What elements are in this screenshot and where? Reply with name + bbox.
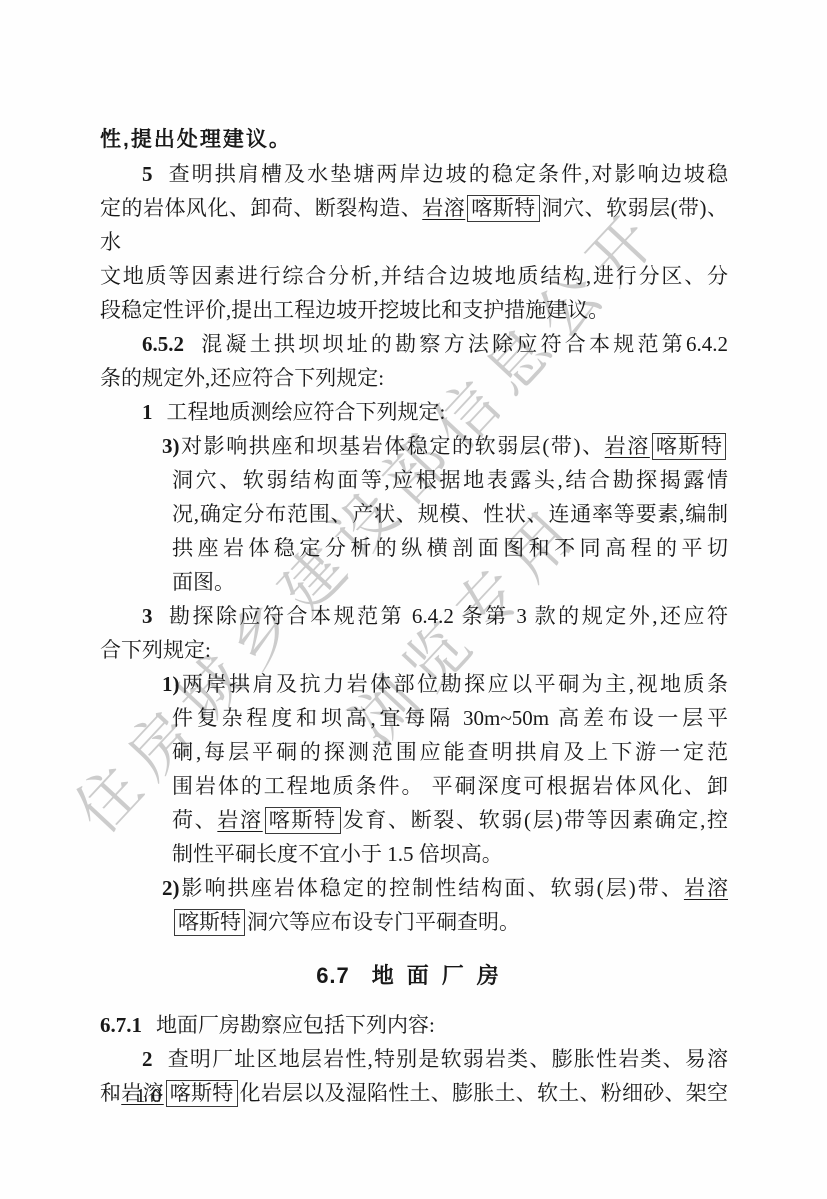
text-line: 条的规定外,还应符合下列规定: [100,361,728,395]
text-line: 面图。 [100,565,728,599]
text-line: 6.5.2混凝土拱坝坝址的勘察方法除应符合本规范第6.4.2 [100,327,728,361]
text-segment: 查明厂址区地层岩性,特别是软弱岩类、膨胀性岩类、易溶 [167,1047,729,1071]
text-line: 5查明拱肩槽及水垫塘两岸边坡的稳定条件,对影响边坡稳 [100,157,728,191]
text-segment: 对影响拱座和坝基岩体稳定的软弱层(带)、 [180,434,605,458]
text-segment: 荷、 [172,808,217,832]
text-segment: 段稳定性评价,提出工程边坡开挖坡比和支护措施建议。 [100,298,609,322]
item-number: 2 [142,1047,153,1071]
text-line: 段稳定性评价,提出工程边坡开挖坡比和支护措施建议。 [100,293,728,327]
text-segment: 工程地质测绘应符合下列规定: [167,400,446,424]
item-number: 6.7 [316,963,350,988]
text-segment: 2) [162,876,180,900]
text-segment: 洞穴等应布设专门平硐查明。 [247,910,520,934]
text-line: 1工程地质测绘应符合下列规定: [100,395,728,429]
text-segment: 况,确定分布范围、产状、规模、性状、连通率等要素,编制 [172,502,728,526]
text-segment: 化岩层以及湿陷性土、膨胀土、软土、粉细砂、架空 [240,1081,729,1105]
boxed-term: 喀斯特 [652,433,726,460]
text-segment: 勘探除应符合本规范第 6.4.2 条第 3 款的规定外,还应符 [167,604,729,628]
page-number: · 10 · [112,1082,191,1110]
item-number: 6.5.2 [142,332,184,356]
underlined-term: 岩溶 [605,434,650,458]
text-segment: 查明拱肩槽及水垫塘两岸边坡的稳定条件,对影响边坡稳 [167,162,729,186]
text-segment: 3) [162,434,180,458]
text-line: 洞穴、软弱结构面等,应根据地表露头,结合勘探揭露情 [100,463,728,497]
text-line: 2)影响拱座岩体稳定的控制性结构面、软弱(层)带、岩溶 [100,871,728,905]
text-segment: 两岸拱肩及抗力岩体部位勘探应以平硐为主,视地质条 [180,672,729,696]
text-line: 况,确定分布范围、产状、规模、性状、连通率等要素,编制 [100,497,728,531]
document-content: 性,提出处理建议。5查明拱肩槽及水垫塘两岸边坡的稳定条件,对影响边坡稳定的岩体风… [100,122,728,1110]
text-segment: 件复杂程度和坝高,宜每隔 30m~50m 高差布设一层平 [172,706,728,730]
text-segment: 混凝土拱坝坝址的勘察方法除应符合本规范第6.4.2 [198,332,728,356]
text-segment: 硐,每层平硐的探测范围应能查明拱肩及上下游一定范 [172,740,728,764]
text-line: 合下列规定: [100,633,728,667]
text-line: 文地质等因素进行综合分析,并结合边坡地质结构,进行分区、分 [100,259,728,293]
text-line: 和岩溶喀斯特化岩层以及湿陷性土、膨胀土、软土、粉细砂、架空 [100,1076,728,1110]
underlined-term: 岩溶 [422,196,465,220]
text-segment: 面图。 [172,570,235,594]
text-line: 定的岩体风化、卸荷、断裂构造、岩溶喀斯特洞穴、软弱层(带)、水 [100,191,728,259]
text-line: 制性平硐长度不宜小于 1.5 倍坝高。 [100,837,728,871]
text-segment: 合下列规定: [100,638,211,662]
item-number: 3 [142,604,153,628]
item-number: 5 [142,162,153,186]
text-line: 硐,每层平硐的探测范围应能查明拱肩及上下游一定范 [100,735,728,769]
text-segment: 1) [162,672,180,696]
text-segment: 性,提出处理建议。 [100,128,292,151]
text-line: 3勘探除应符合本规范第 6.4.2 条第 3 款的规定外,还应符 [100,599,728,633]
item-number: 1 [142,400,153,424]
text-segment: 影响拱座岩体稳定的控制性结构面、软弱(层)带、 [180,876,684,900]
underlined-term: 岩溶 [217,808,262,832]
text-segment: 文地质等因素进行综合分析,并结合边坡地质结构,进行分区、分 [100,264,728,288]
section-heading: 6.7地面厂房 [100,959,728,993]
text-segment: 地面厂房 [372,963,512,988]
text-line: 件复杂程度和坝高,宜每隔 30m~50m 高差布设一层平 [100,701,728,735]
text-line: 6.7.1地面厂房勘察应包括下列内容: [100,1008,728,1042]
underlined-term: 岩溶 [684,876,728,900]
text-segment: 洞穴、软弱结构面等,应根据地表露头,结合勘探揭露情 [172,468,728,492]
text-segment: 制性平硐长度不宜小于 1.5 倍坝高。 [172,842,503,866]
text-line: 性,提出处理建议。 [100,122,728,157]
boxed-term: 喀斯特 [265,807,341,834]
text-line: 3)对影响拱座和坝基岩体稳定的软弱层(带)、岩溶喀斯特 [100,429,728,463]
item-number: 6.7.1 [100,1013,142,1037]
text-line: 荷、岩溶喀斯特发育、断裂、软弱(层)带等因素确定,控 [100,803,728,837]
text-line: 拱座岩体稳定分析的纵横剖面图和不同高程的平切 [100,531,728,565]
text-line: 1)两岸拱肩及抗力岩体部位勘探应以平硐为主,视地质条 [100,667,728,701]
text-segment: 条的规定外,还应符合下列规定: [100,366,384,390]
text-segment: 定的岩体风化、卸荷、断裂构造、 [100,196,422,220]
text-segment: 围岩体的工程地质条件。 平硐深度可根据岩体风化、卸 [172,774,728,798]
boxed-term: 喀斯特 [174,909,245,936]
text-line: 围岩体的工程地质条件。 平硐深度可根据岩体风化、卸 [100,769,728,803]
text-line: 喀斯特洞穴等应布设专门平硐查明。 [100,905,728,939]
text-segment: 地面厂房勘察应包括下列内容: [156,1013,435,1037]
text-line: 2查明厂址区地层岩性,特别是软弱岩类、膨胀性岩类、易溶 [100,1042,728,1076]
boxed-term: 喀斯特 [467,195,539,222]
text-segment: 发育、断裂、软弱(层)带等因素确定,控 [343,808,728,832]
text-segment: 拱座岩体稳定分析的纵横剖面图和不同高程的平切 [172,536,728,560]
page: 住房城乡建设部信息公开 浏览专用 性,提出处理建议。5查明拱肩槽及水垫塘两岸边坡… [0,0,827,1199]
